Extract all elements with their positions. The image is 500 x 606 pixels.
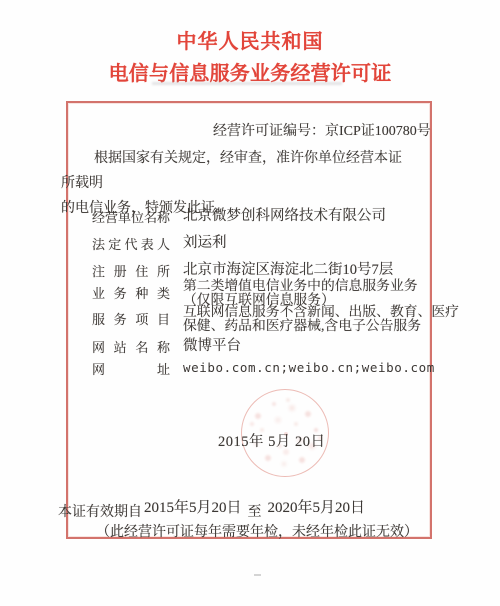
- service-items-line2: 保健、药品和医疗器械,含电子公告服务: [183, 319, 441, 333]
- business-category-line1: 第二类增值电信业务中的信息服务业务: [183, 279, 441, 293]
- issue-date: 2015年 5月 20日: [218, 430, 326, 451]
- license-number-value: 京ICP证100780号: [325, 124, 431, 139]
- field-value-business-category: 第二类增值电信业务中的信息服务业务 （仅限互联网信息服务）: [183, 279, 441, 306]
- validity-start-date: 2015年5月20日: [144, 496, 242, 517]
- scan-artifact-dot: [254, 574, 261, 576]
- scan-artifact-smudge: [152, 82, 342, 85]
- field-row-business-category: 业务种类 第二类增值电信业务中的信息服务业务 （仅限互联网信息服务）: [92, 279, 442, 306]
- field-value-website-name: 微博平台: [183, 336, 241, 356]
- license-number-label: 经营许可证编号：: [213, 124, 325, 139]
- field-row-service-items: 服务项目 互联网信息服务不含新闻、出版、教育、医疗 保健、药品和医疗器械,含电子…: [92, 305, 442, 332]
- field-value-service-items: 互联网信息服务不含新闻、出版、教育、医疗 保健、药品和医疗器械,含电子公告服务: [183, 305, 441, 332]
- field-value-registered-address: 北京市海淀区海淀北二街10号7层: [183, 260, 393, 280]
- field-label-service-items: 服务项目: [92, 309, 170, 328]
- field-label-operator-name: 经营单位名称: [92, 207, 170, 226]
- field-row-website-url: 网址 weibo.com.cn;weibo.cn;weibo.com: [92, 358, 442, 378]
- validity-period-line: 本证有效期自2015年5月20日至2020年5月20日: [58, 500, 367, 521]
- validity-end-date: 2020年5月20日: [268, 496, 366, 517]
- field-row-legal-representative: 法定代表人 刘运利: [92, 233, 442, 253]
- annual-inspection-footnote: （此经营许可证每年需要年检，未经年检此证无效）: [66, 521, 432, 541]
- field-label-website-name: 网站名称: [92, 337, 170, 356]
- license-number-line: 经营许可证编号：京ICP证100780号: [213, 120, 431, 140]
- field-label-business-category: 业务种类: [92, 283, 170, 302]
- field-label-registered-address: 注册住所: [92, 261, 170, 280]
- field-value-operator-name: 北京微梦创科网络技术有限公司: [183, 206, 386, 226]
- field-value-legal-representative: 刘运利: [183, 233, 227, 253]
- field-value-website-url: weibo.com.cn;weibo.cn;weibo.com: [183, 358, 435, 378]
- service-items-line1: 互联网信息服务不含新闻、出版、教育、医疗: [183, 305, 441, 319]
- field-label-website-url: 网址: [92, 359, 170, 378]
- grant-notice-line1: 根据国家有关规定，经审查，准许你单位经营本证所载明: [61, 146, 415, 196]
- validity-conjunction: 至: [248, 501, 262, 521]
- field-label-legal-representative: 法定代表人: [92, 234, 170, 253]
- certificate-document: 中华人民共和国 电信与信息服务业务经营许可证 经营许可证编号：京ICP证1007…: [0, 0, 500, 606]
- field-row-registered-address: 注册住所 北京市海淀区海淀北二街10号7层: [92, 260, 442, 280]
- certificate-fields: 经营单位名称 北京微梦创科网络技术有限公司 法定代表人 刘运利 注册住所 北京市…: [92, 206, 442, 385]
- validity-prefix-label: 本证有效期自: [58, 501, 142, 521]
- field-row-website-name: 网站名称 微博平台: [92, 336, 442, 356]
- field-row-operator-name: 经营单位名称 北京微梦创科网络技术有限公司: [92, 206, 442, 226]
- certificate-title-country: 中华人民共和国: [0, 25, 500, 54]
